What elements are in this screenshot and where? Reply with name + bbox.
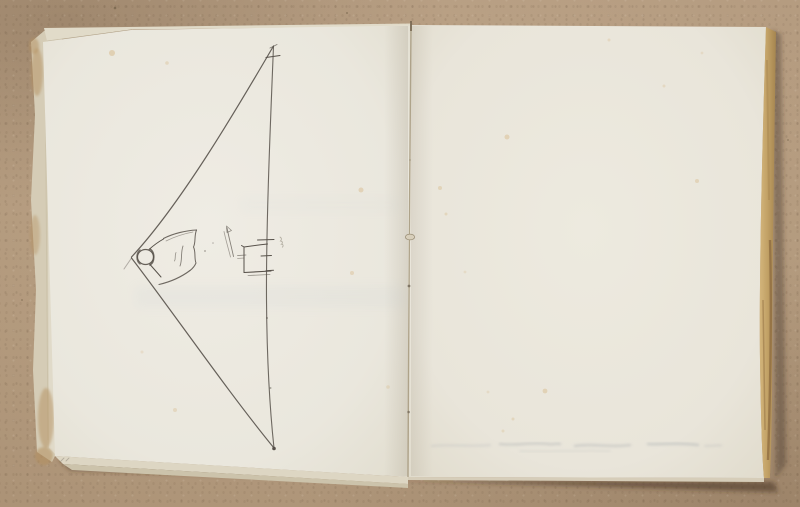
stitch-knot: [405, 234, 414, 240]
stitch-hole: [408, 285, 411, 288]
background-speck: [114, 7, 117, 10]
sketchbook: [0, 0, 800, 507]
background-speck: [21, 299, 23, 301]
bottom-vertex-dot: [272, 447, 276, 451]
background-speck: [787, 139, 789, 141]
photo-canvas: [0, 0, 800, 507]
right-page: [408, 25, 766, 478]
left-page: [43, 26, 411, 478]
stitch-hole: [407, 411, 410, 414]
background-speck: [346, 12, 348, 14]
